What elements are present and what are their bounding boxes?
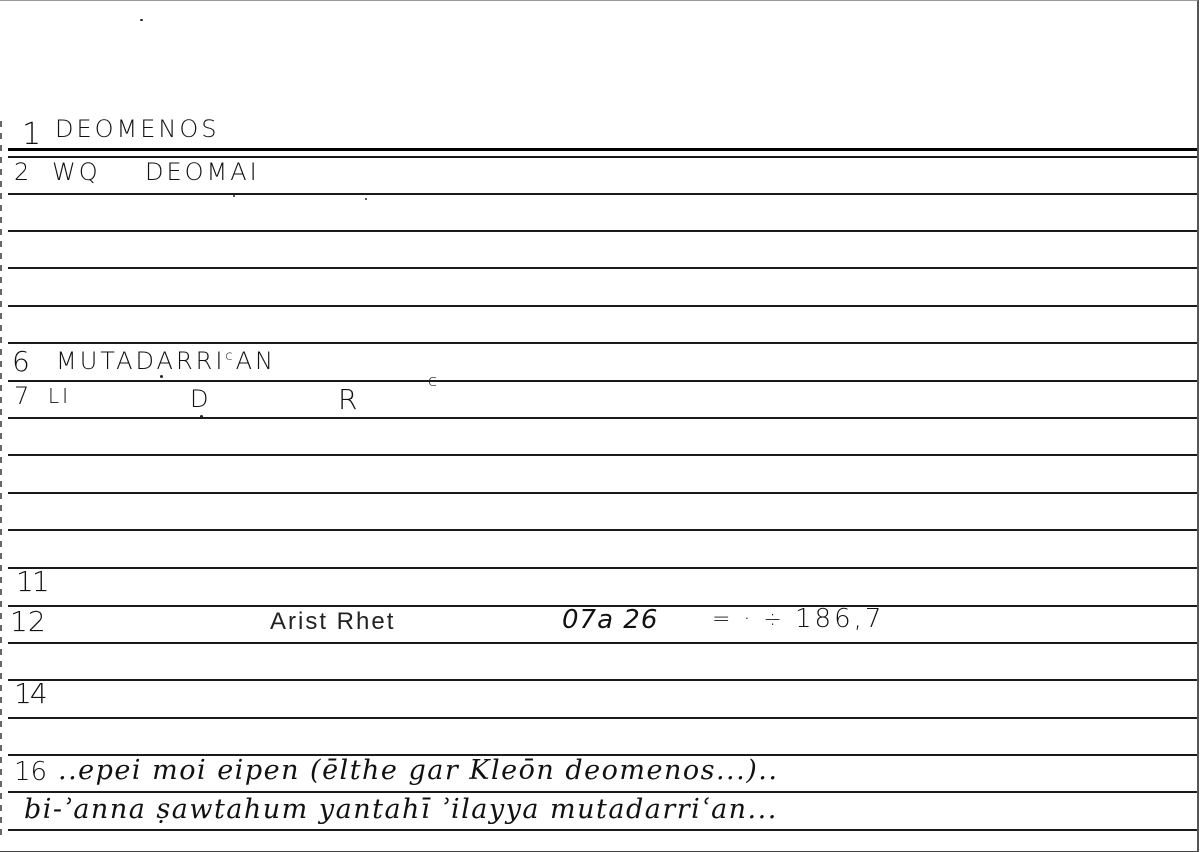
arabic-citation: bi-ʾanna ṣawtahum yantahī ʾilayya mutada…	[24, 794, 778, 825]
rule-line	[8, 305, 1197, 307]
underdot	[200, 415, 203, 418]
rule-line	[8, 492, 1197, 494]
root-letter-r: R	[338, 383, 360, 416]
arabic-headword-main: MUTADARRI	[56, 347, 225, 375]
line-number-6: 6	[12, 345, 30, 378]
greek-citation: ..epei moi eipen (ēlthe gar Kleōn deomen…	[58, 755, 778, 786]
rule-line	[8, 642, 1197, 644]
arabic-headword: MUTADARRIcAN	[56, 347, 276, 375]
ink-speck	[365, 198, 367, 200]
line-number-7: 7	[14, 382, 29, 410]
card-left-edge	[0, 121, 2, 841]
rule-line	[8, 529, 1197, 531]
headword: DEOMENOS	[55, 115, 219, 143]
rule-line	[8, 567, 1197, 569]
bekker-reference: 07a 26	[562, 605, 658, 635]
line-number-11: 11	[16, 565, 48, 598]
arabic-headword-ayn: c	[225, 349, 235, 364]
root-letter-d: D	[190, 385, 211, 413]
rule-line	[8, 193, 1197, 195]
rule-line	[8, 417, 1197, 419]
ink-speck	[140, 19, 143, 21]
root-letter-ayn: c	[428, 371, 440, 390]
rule-line	[8, 829, 1197, 831]
rule-line	[8, 148, 1197, 151]
line-number-1: 1	[22, 117, 41, 152]
source-reference: Arist Rhet	[270, 608, 395, 636]
line-number-2: 2	[14, 158, 29, 186]
reference-marks: = · ÷	[712, 607, 785, 632]
rule-line	[8, 454, 1197, 456]
rule-line	[8, 679, 1197, 681]
page-reference: 186,7	[795, 604, 884, 634]
line-number-12: 12	[10, 605, 46, 638]
rule-line	[8, 267, 1197, 269]
ink-speck	[233, 195, 235, 197]
rule-line	[8, 791, 1197, 793]
rule-line	[8, 342, 1197, 344]
line-label-li: LI	[48, 384, 71, 408]
index-card: 1 DEOMENOS 2 WQ DEOMAI 6 MUTADARRIcAN 7 …	[0, 0, 1199, 852]
line-number-16: 16	[14, 757, 47, 787]
rule-line	[8, 380, 1197, 382]
line-number-14: 14	[14, 677, 46, 710]
arabic-headword-end: AN	[236, 347, 276, 375]
rule-line	[8, 230, 1197, 232]
line-label-wq: WQ	[52, 158, 101, 186]
root-word: DEOMAI	[145, 158, 260, 186]
rule-line	[8, 717, 1197, 719]
underdot	[160, 375, 163, 378]
